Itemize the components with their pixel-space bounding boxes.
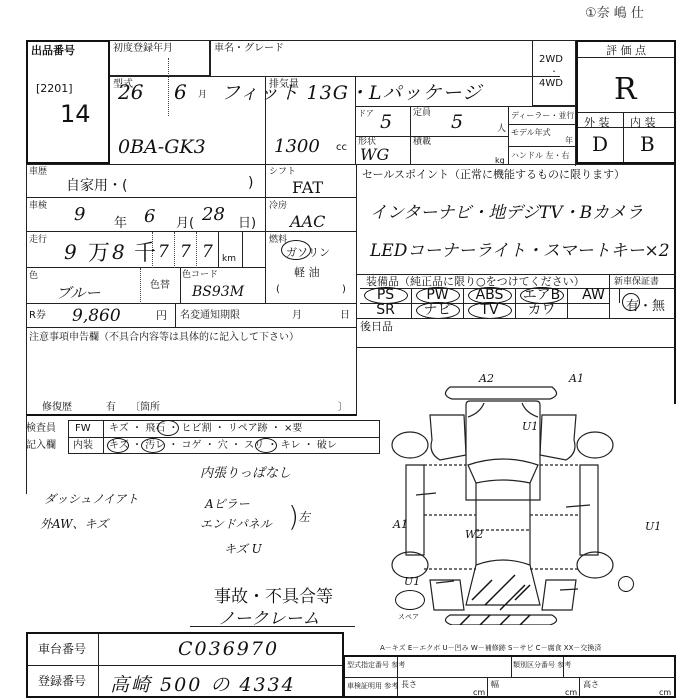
- divider: [196, 232, 197, 268]
- recycle-unit: 円: [156, 310, 167, 321]
- inspector-label-1: 検査員: [26, 423, 56, 434]
- plate-value: 高崎 500 の 4334: [110, 670, 296, 697]
- handle-label: ハンドル 左・右: [511, 150, 570, 161]
- registration-label: 初度登録年月: [113, 43, 173, 54]
- equipment-item-label: カワ: [528, 302, 556, 318]
- damage-legend: A－キズ E－エクボ U－凹み W－補修跡 S－サビ C－腐食 XX－交換済: [380, 643, 601, 654]
- load-label: 積載: [413, 137, 431, 148]
- sales-points-line-2: LEDコーナーライト・スマートキー×2: [370, 236, 670, 261]
- divider: [242, 232, 243, 268]
- displacement-label: 排気量: [269, 79, 299, 90]
- divider: [174, 232, 175, 268]
- spare-label: スペア: [398, 612, 419, 623]
- remark-mid-3: エンドパネル: [200, 515, 272, 532]
- repair-has: 有: [106, 402, 116, 413]
- divider: [98, 634, 99, 696]
- later-items-cell: 後日品: [356, 318, 676, 348]
- color-change-label: 色替: [150, 280, 170, 291]
- mark-front-left: A2: [479, 372, 494, 385]
- remark-mid-1: 内張りっぱなし: [200, 462, 291, 481]
- color-cell: 色 ブルー 色替 色コード BS93M: [26, 268, 266, 304]
- color-label: 色: [29, 271, 38, 282]
- mark-right-side: U1: [645, 520, 661, 533]
- equipment-block: 装備品（純正品に限り○をつけてください） 新車保証書 有・無 PSPWABSエア…: [356, 274, 676, 318]
- inspection-day: 28: [202, 204, 225, 225]
- fuel-other-close: ): [342, 284, 346, 295]
- doors-value: 5: [380, 111, 392, 133]
- inspector-block: 検査員 記入欄 FW キズ ・ 飛石 ・ ヒビ割 ・ リペア跡 ・ ×要 内装 …: [26, 420, 356, 454]
- remark-mid-2: Aピラー: [205, 495, 250, 512]
- drive-dot: ・: [550, 66, 558, 77]
- shift-value: FAT: [292, 178, 323, 197]
- equipment-item: エアB: [516, 288, 568, 303]
- notes-label: 注意事項申告欄（不具合内容等は具体的に記入して下さい）: [29, 332, 299, 343]
- width-label: 幅: [491, 679, 499, 690]
- mileage-sen: 8: [112, 240, 125, 264]
- model-year-cell: モデル年式 年: [509, 125, 576, 147]
- disclaimer-underline: [190, 626, 355, 627]
- mark-left-door: W2: [465, 528, 483, 541]
- name-change-cell: 名変通知期限 月 日: [176, 304, 356, 328]
- capacity-cell: 定員 5 人: [411, 107, 509, 137]
- repair-place: 〔箇所: [130, 402, 160, 413]
- spare-tire-icon: [395, 590, 425, 610]
- length-label: 長さ: [401, 679, 417, 690]
- score-label: 評 価 点: [578, 42, 674, 58]
- plate-label: 登録番号: [38, 676, 86, 687]
- inspection-year-unit: 年: [114, 212, 127, 231]
- warranty-label: 新車保証書: [614, 277, 659, 288]
- remark-mid-4: キズ U: [224, 540, 262, 557]
- bottom-id-table: 車台番号 C036970 登録番号 高崎 500 の 4334: [26, 632, 344, 698]
- score-cell: 評 価 点 R 外 装 内 装 D B: [576, 40, 676, 164]
- name-change-month: 月: [292, 310, 302, 321]
- recycle-cell: R券 9,860 円: [26, 304, 176, 328]
- inspector-label-2: 記入欄: [26, 440, 56, 451]
- equipment-selected-circle: [416, 302, 460, 319]
- equipment-item: ナビ: [412, 303, 464, 318]
- model-year-unit: 年: [565, 135, 573, 146]
- displacement-unit: cc: [336, 142, 347, 153]
- mileage-label: 走行: [29, 235, 47, 246]
- divider: [487, 677, 488, 697]
- equipment-item: AW: [568, 288, 620, 303]
- equipment-item: ABS: [464, 288, 516, 303]
- height-label: 高さ: [583, 679, 599, 690]
- model-cell: 型式 0BA-GK3: [110, 76, 266, 164]
- handle-cell: ハンドル 左・右: [509, 147, 576, 165]
- divider: [140, 268, 141, 304]
- fuel-diesel: 軽 油: [294, 264, 320, 280]
- color-code-label: 色コード: [182, 270, 218, 281]
- sales-points-cell: セールスポイント（正常に機能するものに限ります） インターナビ・地デジTV・Bカ…: [356, 164, 676, 274]
- exterior-label: 外 装: [584, 114, 610, 130]
- drive-4wd: 4WD: [539, 78, 563, 89]
- shape-value: WG: [360, 145, 389, 164]
- mileage-digit-3: 7: [202, 242, 213, 262]
- reference-table: 型式指定番号 参考 類別区分番号 参考 車検証明用 参考 長さ cm 幅 cm …: [344, 655, 676, 698]
- later-items-label: 後日品: [360, 321, 393, 332]
- inspection-cell: 車検 9 年 6 月( 28 日): [26, 198, 266, 232]
- warranty-selected-circle: [622, 293, 640, 311]
- model-year-label: モデル年式: [511, 127, 551, 138]
- capacity-label: 定員: [413, 108, 431, 119]
- mark-left-side: A1: [393, 518, 408, 531]
- aircon-label: 冷房: [269, 201, 287, 212]
- score-sub-header: 外 装 内 装: [578, 112, 674, 128]
- color-value: ブルー: [56, 282, 100, 303]
- height-unit: cm: [659, 687, 671, 698]
- fw-label: FW: [75, 423, 91, 434]
- name-change-label: 名変通知期限: [180, 310, 240, 321]
- stain-circle: [141, 438, 165, 453]
- sales-points-label: セールスポイント（正常に機能するものに限ります）: [362, 169, 625, 180]
- history-label: 車歴: [29, 167, 47, 178]
- chip-circle: [157, 420, 179, 436]
- chassis-value: C036970: [178, 638, 279, 660]
- inspection-day-unit: 日): [238, 212, 256, 231]
- type-designation-label: 型式指定番号 参考: [347, 660, 405, 671]
- history-cell: 車歴 自家用・( ): [26, 164, 266, 198]
- car-name-cell: 車名・グレード フィット 13G・Lパッケージ: [211, 40, 541, 76]
- equipment-item: TV: [464, 303, 516, 318]
- chassis-label: 車台番号: [38, 644, 86, 655]
- mark-front-right: A1: [569, 372, 584, 385]
- fuel-selected-circle: [281, 240, 311, 260]
- lot-number: 14: [60, 100, 91, 128]
- equipment-item: カワ: [516, 303, 568, 318]
- remark-bracket-note: 左: [298, 508, 310, 525]
- inspector-table: FW キズ ・ 飛石 ・ ヒビ割 ・ リペア跡 ・ ×要 内装 キズ ・ 汚レ …: [68, 420, 380, 454]
- capacity-value: 5: [451, 111, 463, 133]
- aircon-cell: 冷房 AAC: [266, 198, 356, 232]
- capacity-unit: 人: [497, 124, 506, 135]
- divider: [28, 665, 342, 666]
- divider: [218, 232, 219, 268]
- dealer-label: ディーラー・並行: [511, 110, 574, 121]
- registration-cell: 初度登録年月 26 6 月: [110, 40, 210, 76]
- notes-cell: 注意事項申告欄（不具合内容等は具体的に記入して下さい） 修復歴 有 〔箇所 〕: [26, 328, 356, 416]
- doors-label: ドア: [358, 108, 374, 119]
- mileage-digit-2: 7: [180, 242, 191, 262]
- equipment-item: PW: [412, 288, 464, 303]
- divider: [511, 657, 512, 677]
- car-damage-diagram: [380, 365, 700, 625]
- equipment-label: 装備品（純正品に限り○をつけてください）: [366, 276, 585, 287]
- exterior-score: D: [592, 132, 608, 156]
- dealer-cell: ディーラー・並行: [509, 107, 576, 125]
- cert-label: 車検証明用 参考: [347, 681, 398, 692]
- inspection-year: 9: [74, 204, 85, 225]
- length-unit: cm: [473, 687, 485, 698]
- displacement-cell: 排気量 1300 cc: [266, 76, 356, 164]
- shift-label: シフト: [269, 167, 296, 178]
- divider: [579, 677, 580, 697]
- shape-cell: 形状 WG: [356, 137, 411, 165]
- interior-score: B: [640, 132, 655, 156]
- model-value: 0BA-GK3: [118, 136, 206, 158]
- divider: [180, 268, 181, 304]
- name-change-day: 日: [340, 310, 350, 321]
- mileage-unit: km: [222, 254, 236, 264]
- repair-close: 〕: [338, 402, 348, 413]
- fuel-other-open: (: [276, 284, 280, 295]
- lot-label: 出品番号: [31, 45, 75, 56]
- fw-items: キズ ・ 飛石 ・ ヒビ割 ・ リペア跡 ・ ×要: [109, 423, 302, 434]
- equipment-item: SR: [360, 303, 412, 318]
- equipment-selected-circle: [468, 302, 512, 319]
- divider: [345, 677, 675, 678]
- interior-row-label: 内装: [73, 440, 93, 451]
- mileage-digit-1: 7: [158, 242, 169, 262]
- fuel-cell: 燃料 ガソリン 軽 油 ( ): [266, 232, 356, 304]
- recycle-label: R券: [29, 310, 46, 321]
- equipment-item: PS: [360, 288, 412, 303]
- history-value: 自家用・(: [66, 175, 127, 195]
- width-unit: cm: [565, 687, 577, 698]
- spec-grid: ドア 5 定員 5 人 形状 WG 積載 kg ディーラー・並行 モデル年式 年…: [356, 106, 576, 164]
- equipment-item-label: AW: [582, 287, 605, 303]
- mileage-man: 9: [64, 240, 77, 264]
- scratch-circle: [107, 438, 129, 453]
- equipment-item-label: SR: [376, 302, 395, 318]
- inspection-label: 車検: [29, 201, 47, 212]
- interior-label: 内 装: [630, 114, 656, 130]
- doors-cell: ドア 5: [356, 107, 411, 137]
- fuel-cap-icon: [618, 576, 634, 592]
- repair-label: 修復歴: [42, 402, 72, 413]
- car-name-label: 車名・グレード: [214, 43, 284, 54]
- mark-rear-left: U1: [404, 575, 420, 588]
- inspection-month: 6: [144, 206, 155, 227]
- inspection-month-unit: 月(: [176, 212, 194, 231]
- wear-circle: [255, 438, 277, 453]
- load-cell: 積載 kg: [411, 137, 509, 165]
- lot-cell: 出品番号 [2201] 14: [26, 40, 110, 164]
- remark-left-2: 外AW、キズ: [40, 515, 108, 532]
- score-overall: R: [614, 72, 637, 107]
- aircon-value: AAC: [290, 212, 325, 231]
- displacement-value: 1300: [274, 136, 320, 157]
- divider: [103, 421, 104, 453]
- stamp-text: ①奈 嶋 仕: [585, 2, 644, 21]
- drive-cell: 2WD ・ 4WD: [532, 40, 576, 106]
- divider: [152, 232, 153, 268]
- mileage-cell: 走行 9 万 8 千 7 7 7 km: [26, 232, 266, 268]
- model-label: 型式: [113, 79, 133, 90]
- lot-code: [2201]: [36, 82, 73, 95]
- drive-2wd: 2WD: [539, 54, 563, 65]
- mileage-man-unit: 万: [88, 236, 110, 267]
- shift-cell: シフト FAT: [266, 164, 356, 198]
- recycle-value: 9,860: [72, 306, 121, 326]
- remark-left-1: ダッシュノイアト: [44, 490, 139, 507]
- sales-points-line-1: インターナビ・地デジTV・Bカメラ: [370, 198, 643, 223]
- category-label: 類別区分番号 参考: [513, 660, 571, 671]
- history-close: ): [248, 175, 253, 191]
- mark-hood: U1: [522, 420, 538, 433]
- divider: [623, 112, 624, 162]
- color-code: BS93M: [192, 284, 244, 300]
